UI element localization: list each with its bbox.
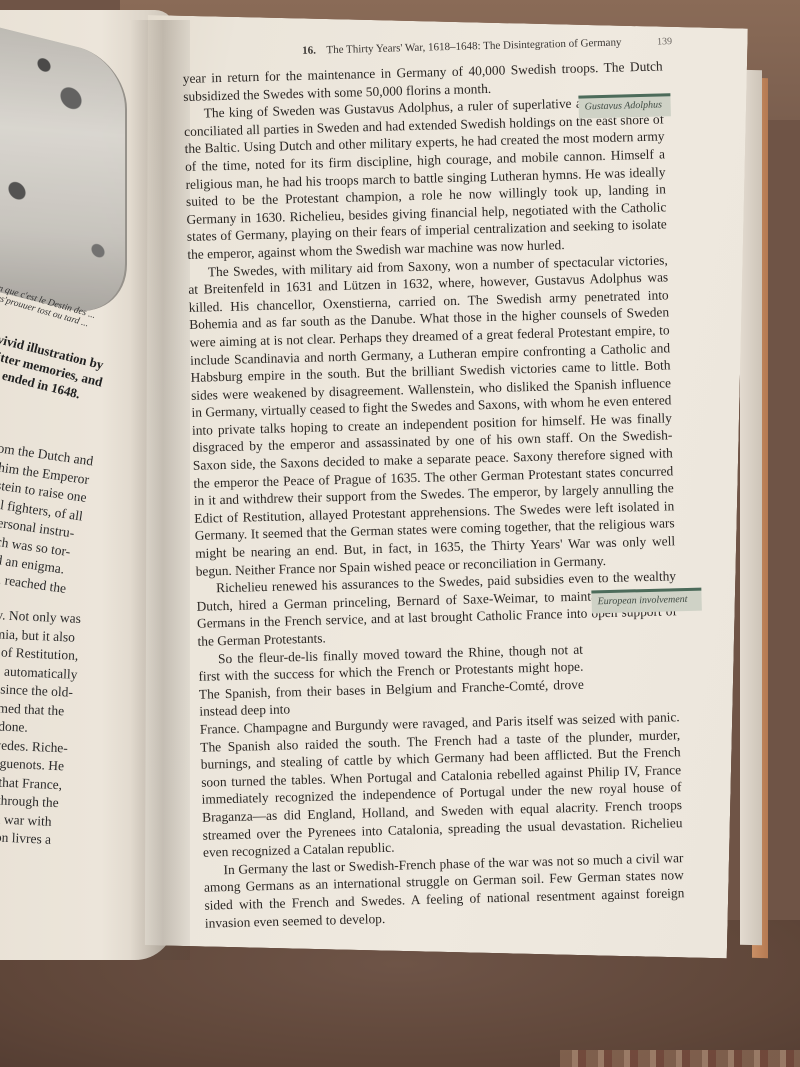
- left-page-text-block-b: ny. Not only was emia, but it also ct of…: [0, 606, 130, 852]
- left-page-text-block-a: from the Dutch and st him the Emperor en…: [0, 438, 129, 604]
- engraving-illustration: [0, 25, 127, 324]
- right-page-content: 16. The Thirty Years' War, 1618–1648: Th…: [182, 35, 695, 932]
- background-patterned-fabric: [560, 1050, 800, 1067]
- paragraph: France. Champagne and Burgundy were rava…: [200, 708, 684, 861]
- margin-note-gustavus-adolphus: Gustavus Adolphus: [578, 93, 671, 118]
- chapter-number: 16.: [302, 44, 316, 56]
- margin-note-european-involvement: European involvement: [591, 588, 702, 614]
- paragraph: In Germany the last or Swedish-French ph…: [203, 849, 685, 932]
- gutter-shadow: [130, 20, 190, 960]
- paragraph: The king of Sweden was Gustavus Adolphus…: [183, 93, 667, 264]
- page-number: 139: [657, 36, 672, 47]
- paragraph: So the fleur-de-lis finally moved toward…: [198, 640, 585, 720]
- figure-caption: a vivid illustration by , bitter memorie…: [0, 328, 126, 411]
- body-text: year in return for the maintenance in Ge…: [183, 57, 685, 931]
- paragraph: The Swedes, with military aid from Saxon…: [188, 251, 676, 580]
